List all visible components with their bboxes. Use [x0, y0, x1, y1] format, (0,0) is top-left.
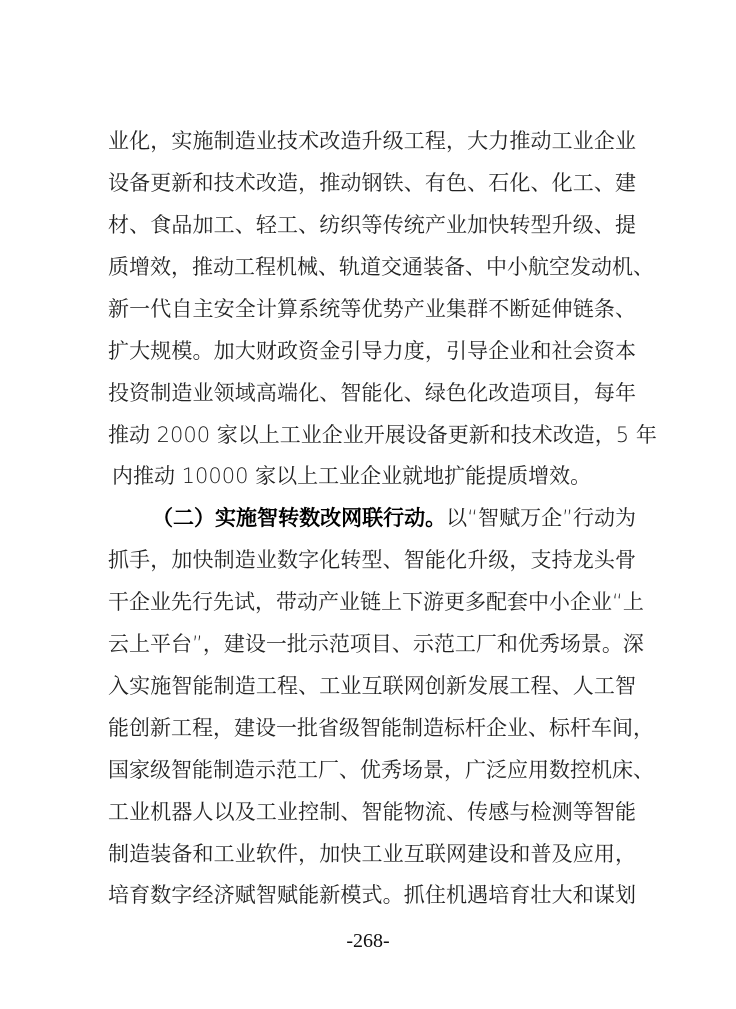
paragraph-line: 能创新工程，建设一批省级智能制造标杆企业、标杆车间，	[108, 712, 636, 744]
page-number: -268-	[0, 930, 736, 953]
paragraph-line: 投资制造业领域高端化、智能化、绿色化改造项目，每年	[108, 377, 636, 409]
paragraph-line: 制造装备和工业软件，加快工业互联网建设和普及应用，	[108, 838, 636, 870]
paragraph-line: 推动 2000 家以上工业企业开展设备更新和技术改造，5 年	[108, 419, 636, 451]
paragraph-line: 业化，实施制造业技术改造升级工程，大力推动工业企业	[108, 125, 636, 157]
paragraph-line: 设备更新和技术改造，推动钢铁、有色、石化、化工、建	[108, 167, 636, 199]
paragraph-line: 新一代自主安全计算系统等优势产业集群不断延伸链条、	[108, 293, 636, 325]
paragraph-line: 工业机器人以及工业控制、智能物流、传感与检测等智能	[108, 796, 636, 828]
paragraph-line: 干企业先行先试，带动产业链上下游更多配套中小企业“上	[108, 586, 636, 618]
paragraph-line: 云上平台”，建设一批示范项目、示范工厂和优秀场景。深	[108, 628, 636, 660]
section-text: 以“智赋万企”行动为	[446, 506, 636, 530]
document-page: 业化，实施制造业技术改造升级工程，大力推动工业企业 设备更新和技术改造，推动钢铁…	[0, 0, 736, 1009]
paragraph-line: 培育数字经济赋智赋能新模式。抓住机遇培育壮大和谋划	[108, 879, 636, 911]
paragraph-line: 抓手，加快制造业数字化转型、智能化升级，支持龙头骨	[108, 544, 636, 576]
paragraph-line: 内推动 10000 家以上工业企业就地扩能提质增效。	[112, 460, 636, 492]
section-heading: （二）实施智转数改网联行动。	[152, 505, 446, 530]
paragraph-line: 材、食品加工、轻工、纺织等传统产业加快转型升级、提	[108, 209, 636, 241]
section-heading-line: （二）实施智转数改网联行动。以“智赋万企”行动为	[108, 502, 636, 534]
paragraph-line: 国家级智能制造示范工厂、优秀场景，广泛应用数控机床、	[108, 754, 636, 786]
paragraph-line: 扩大规模。加大财政资金引导力度，引导企业和社会资本	[108, 335, 636, 367]
paragraph-line: 质增效，推动工程机械、轨道交通装备、中小航空发动机、	[108, 251, 636, 283]
paragraph-line: 入实施智能制造工程、工业互联网创新发展工程、人工智	[108, 670, 636, 702]
